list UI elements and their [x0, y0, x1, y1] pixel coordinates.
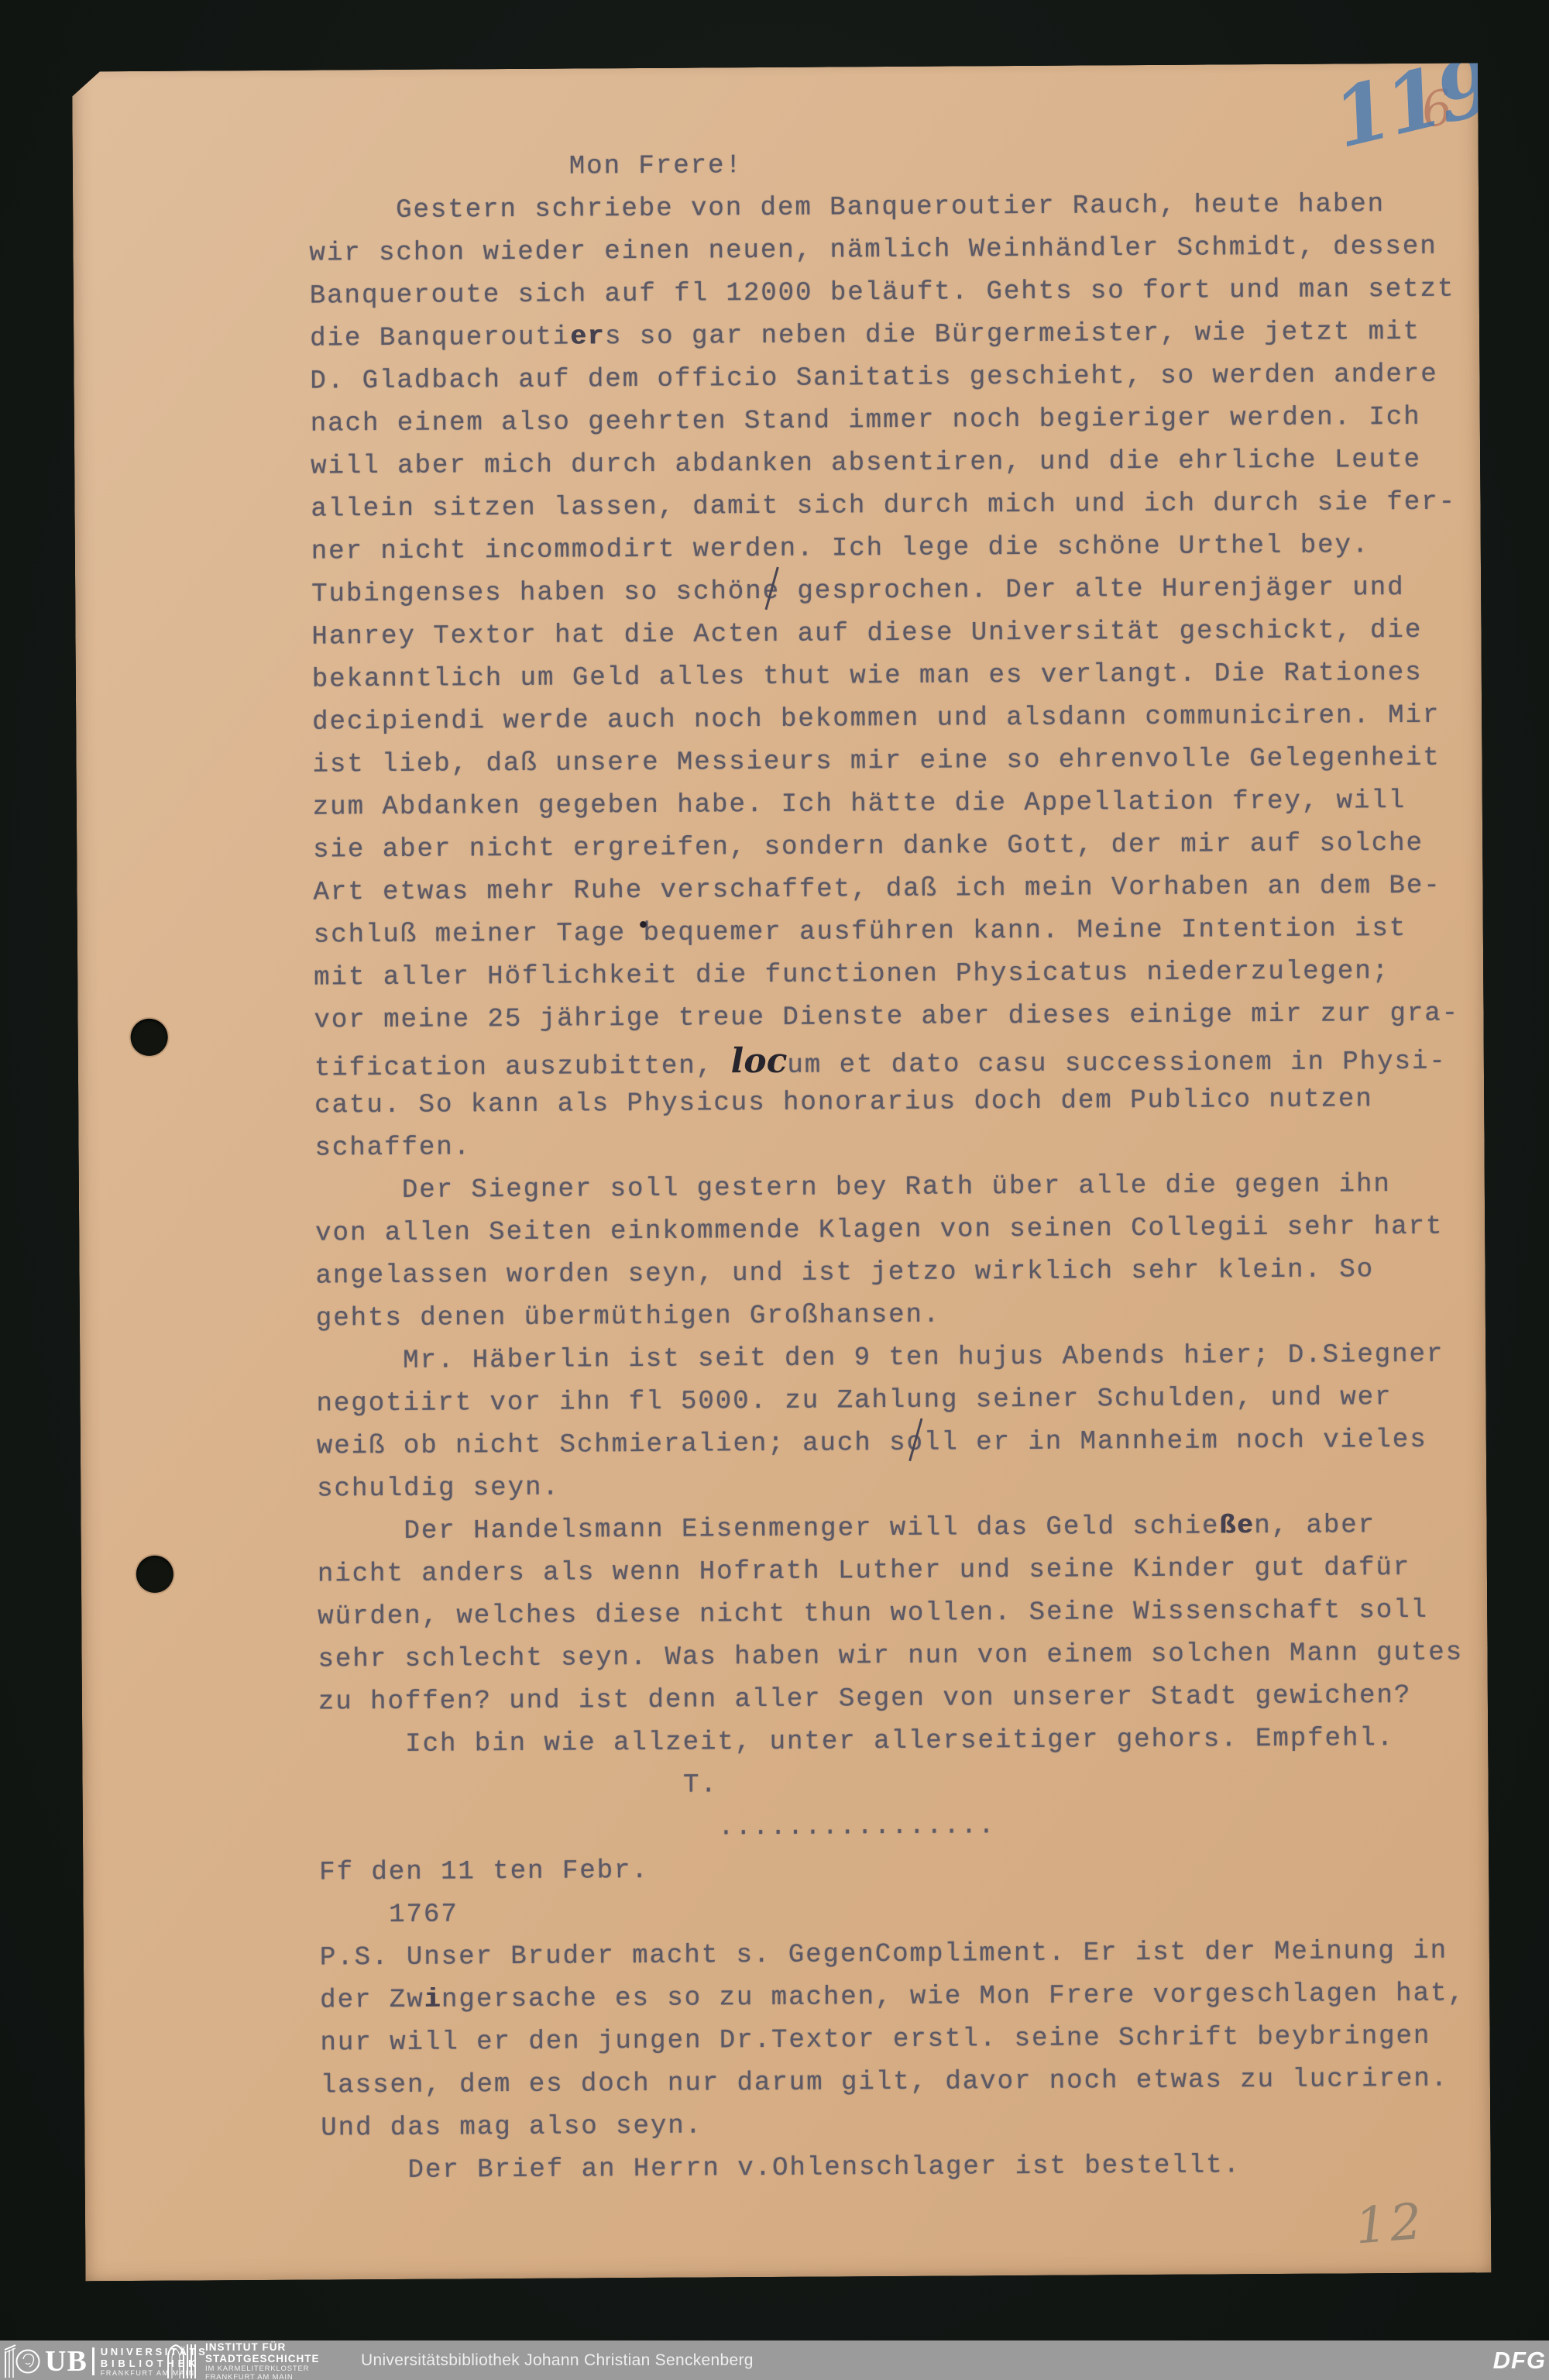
punch-hole-bottom — [136, 1556, 173, 1593]
letter-line: negotiirt vor ihn fl 5000. zu Zahlung se… — [316, 1377, 1461, 1426]
letter-line-segment: gehts denen übermüthigen Großhansen. — [316, 1301, 941, 1334]
letter-line-segment: Ich bin wie allzeit, unter allerseitiger… — [318, 1724, 1394, 1759]
letter-line-segment: von allen Seiten einkommende Klagen von … — [315, 1212, 1443, 1249]
letter-line-segment: Und das mag also seyn. — [321, 2112, 702, 2144]
letter-line: angelassen worden seyn, und ist jetzo wi… — [315, 1249, 1461, 1298]
letter-line: wir schon wieder einen neuen, nämlich We… — [309, 226, 1455, 276]
letter-line-segment: ner nicht incommodirt werden. Ich lege d… — [311, 531, 1370, 566]
letter-line-segment: Der Handelsmann Eisenmenger will das Gel… — [317, 1512, 1219, 1546]
footer-bar: UB UNIVERSITÄTS BIBLIOTHEK FRANKFURT AM … — [0, 2340, 1549, 2380]
letter-line-segment: ................ — [319, 1811, 996, 1845]
letter-line-segment: Banqueroute sich auf fl 12000 beläuft. G… — [310, 275, 1455, 311]
letter-line-segment: ist lieb, daß unsere Messieurs mir eine … — [312, 744, 1440, 780]
letter-line-segment: Der Brief an Herrn v.Ohlenschlager ist b… — [321, 2151, 1241, 2186]
dfg-logo: DFG — [1493, 2340, 1546, 2380]
letter-paper: 6 119 Mon Frere! Gestern schriebe von de… — [72, 63, 1491, 2281]
letter-line: Tubingenses haben so schöne gesprochen. … — [311, 567, 1457, 617]
letter-line-segment: weiß ob nicht Schmieralien; auch s — [317, 1429, 907, 1462]
ub-abbreviation: UB — [45, 2347, 88, 2376]
letter-line-segment: T. — [318, 1770, 718, 1802]
letter-line-segment: catu. So kann als Physicus honorarius do… — [314, 1085, 1373, 1120]
punch-hole-top — [131, 1019, 168, 1056]
letter-line: vor meine 25 jährige treue Dienste aber … — [314, 993, 1459, 1043]
letter-line-segment: e — [762, 571, 780, 614]
letter-line-segment: Mon Frere! — [309, 151, 743, 183]
letter-line-segment: lassen, dem es doch nur darum gilt, davo… — [321, 2065, 1448, 2101]
letter-line-segment: er — [570, 322, 605, 352]
letter-line: ist lieb, daß unsere Messieurs mir eine … — [312, 738, 1458, 787]
letter-line-segment: Mr. Häberlin ist seit den 9 ten hujus Ab… — [316, 1340, 1444, 1377]
letter-line: gehts denen übermüthigen Großhansen. — [316, 1291, 1461, 1341]
letter-line: Ff den 11 ten Febr. — [319, 1845, 1465, 1895]
letter-line-segment: will aber mich durch abdanken absentiren… — [311, 445, 1421, 482]
letter-line: lassen, dem es doch nur darum gilt, davo… — [321, 2058, 1466, 2108]
letter-line: nur will er den jungen Dr.Textor erstl. … — [320, 2016, 1465, 2065]
letter-line: mit aller Höflichkeit die functionen Phy… — [314, 951, 1459, 1000]
letter-line: die Banqueroutiers so gar neben die Bürg… — [310, 311, 1455, 361]
handwritten-page-number-bottom: 12 — [1353, 2193, 1427, 2256]
letter-line: schuldig seyn. — [317, 1462, 1462, 1512]
letter-body: Mon Frere! Gestern schriebe von dem Banq… — [309, 141, 1467, 2193]
letter-line: P.S. Unser Bruder macht s. GegenComplime… — [320, 1931, 1465, 1980]
letter-line-segment: P.S. Unser Bruder macht s. GegenComplime… — [320, 1937, 1448, 1973]
letter-line-segment: nur will er den jungen Dr.Textor erstl. … — [320, 2022, 1431, 2058]
letter-line: zu hoffen? und ist denn aller Segen von … — [318, 1675, 1464, 1725]
letter-line: Ich bin wie allzeit, unter allerseitiger… — [318, 1718, 1464, 1767]
institut-arch-icon — [165, 2341, 197, 2380]
letter-line-segment: tification auszubitten, — [314, 1051, 731, 1083]
letter-line-segment: nicht anders als wenn Hofrath Luther und… — [318, 1553, 1411, 1590]
letter-line: T. — [318, 1760, 1464, 1810]
institut-name-line4: FRANKFURT AM MAIN — [205, 2373, 320, 2380]
letter-line: 1767 — [319, 1888, 1465, 1938]
letter-line-segment: negotiirt vor ihn fl 5000. zu Zahlung se… — [316, 1383, 1392, 1419]
ub-library-icon — [3, 2342, 43, 2380]
institut-name-line3: IM KARMELITERKLOSTER — [205, 2365, 320, 2373]
letter-line: Hanrey Textor hat die Acten auf diese Un… — [311, 610, 1457, 659]
letter-line-segment: die Banquerouti — [310, 323, 570, 354]
letter-line-segment: Hanrey Textor hat die Acten auf diese Un… — [311, 616, 1422, 652]
letter-line: weiß ob nicht Schmieralien; auch soll er… — [317, 1419, 1462, 1469]
letter-line-segment: ße — [1219, 1512, 1254, 1541]
letter-line: von allen Seiten einkommende Klagen von … — [315, 1206, 1461, 1256]
letter-line: ................ — [319, 1803, 1465, 1852]
letter-line: Mr. Häberlin ist seit den 9 ten hujus Ab… — [316, 1334, 1461, 1384]
letter-line-segment: bequemer ausführen kann. Meine Intention… — [643, 914, 1406, 948]
letter-line-segment: ll er in Mannheim noch vieles — [924, 1426, 1427, 1458]
letter-line-segment: schuldig seyn. — [317, 1474, 560, 1505]
letter-line-segment: Tubingenses haben so schön — [311, 577, 763, 610]
ub-divider — [92, 2347, 94, 2375]
letter-line: bekanntlich um Geld alles thut wie man e… — [312, 652, 1458, 702]
letter-line-segment: i — [424, 1986, 442, 2015]
letter-line: schluß meiner Tage ●bequemer ausführen k… — [314, 908, 1459, 958]
letter-line: Art etwas mehr Ruhe verschaffet, daß ich… — [313, 865, 1458, 915]
letter-line-segment: allein sitzen lassen, damit sich durch m… — [311, 488, 1456, 524]
letter-line-segment: ngersache es so zu machen, wie Mon Frere… — [441, 1979, 1465, 2015]
letter-line-segment: Art etwas mehr Ruhe verschaffet, daß ich… — [313, 872, 1441, 908]
letter-line: decipiendi werde auch noch bekommen und … — [312, 695, 1458, 745]
footer-library-title: Universitätsbibliothek Johann Christian … — [361, 2340, 754, 2380]
letter-line: sehr schlecht seyn. Was haben wir nun vo… — [318, 1632, 1463, 1682]
letter-line: Banqueroute sich auf fl 12000 beläuft. G… — [310, 269, 1455, 318]
letter-line: schaffen. — [314, 1121, 1460, 1171]
letter-line: ner nicht incommodirt werden. Ich lege d… — [311, 524, 1457, 574]
letter-line-segment: wir schon wieder einen neuen, nämlich We… — [309, 232, 1437, 269]
letter-line: sie aber nicht ergreifen, sondern danke … — [313, 823, 1458, 872]
letter-line-segment: Der Siegner soll gestern bey Rath über a… — [315, 1170, 1391, 1205]
letter-line-segment: 1767 — [319, 1900, 458, 1930]
letter-line-segment: s so gar neben die Bürgermeister, wie je… — [605, 318, 1420, 352]
letter-line: D. Gladbach auf dem officio Sanitatis ge… — [310, 354, 1455, 404]
letter-line-segment: o — [906, 1422, 924, 1465]
institut-name-block: INSTITUT FÜR STADTGESCHICHTE IM KARMELIT… — [205, 2341, 320, 2380]
letter-line-segment: nach einem also geehrten Stand immer noc… — [311, 403, 1421, 439]
letter-line: will aber mich durch abdanken absentiren… — [311, 439, 1456, 489]
letter-line-segment: sie aber nicht ergreifen, sondern danke … — [313, 829, 1424, 865]
institut-logo-block: INSTITUT FÜR STADTGESCHICHTE IM KARMELIT… — [165, 2343, 320, 2380]
letter-line-segment: sehr schlecht seyn. Was haben wir nun vo… — [318, 1639, 1463, 1675]
letter-line: nach einem also geehrten Stand immer noc… — [311, 397, 1456, 446]
letter-line-segment: zu hoffen? und ist denn aller Segen von … — [318, 1681, 1412, 1718]
letter-line: der Zwingersache es so zu machen, wie Mo… — [320, 1973, 1465, 2023]
letter-line-segment: gesprochen. Der alte Hurenjäger und — [780, 573, 1405, 607]
letter-line-segment: schluß meiner Tage — [314, 919, 644, 951]
letter-line: tification auszubitten, locum et dato ca… — [314, 1036, 1460, 1085]
letter-line-segment: n, aber — [1254, 1511, 1376, 1541]
letter-line-segment: würden, welches diese nicht thun wollen.… — [318, 1596, 1428, 1632]
letter-line-segment: mit aller Höflichkeit die functionen Phy… — [314, 957, 1389, 992]
letter-line: catu. So kann als Physicus honorarius do… — [314, 1078, 1460, 1128]
letter-line-segment: um et dato casu successionem in Physi- — [787, 1047, 1447, 1081]
letter-line: Mon Frere! — [309, 141, 1455, 191]
institut-name-line2: STADTGESCHICHTE — [205, 2353, 320, 2365]
letter-line-segment: bekanntlich um Geld alles thut wie man e… — [312, 659, 1423, 695]
letter-line-segment: Ff den 11 ten Febr. — [319, 1856, 649, 1888]
letter-line-segment: vor meine 25 jährige treue Dienste aber … — [314, 999, 1459, 1036]
letter-line-segment: angelassen worden seyn, und ist jetzo wi… — [315, 1255, 1374, 1291]
letter-line-segment: loc — [730, 1041, 787, 1081]
letter-line: Der Brief an Herrn v.Ohlenschlager ist b… — [321, 2144, 1466, 2193]
letter-line-segment: D. Gladbach auf dem officio Sanitatis ge… — [310, 360, 1437, 397]
letter-line-segment: Gestern schriebe von dem Banqueroutier R… — [309, 190, 1385, 225]
letter-line: nicht anders als wenn Hofrath Luther und… — [318, 1547, 1463, 1597]
letter-line: Der Siegner soll gestern bey Rath über a… — [315, 1164, 1461, 1213]
letter-line-segment: decipiendi werde auch noch bekommen und … — [312, 701, 1440, 738]
letter-line: Und das mag also seyn. — [321, 2101, 1466, 2151]
letter-line: allein sitzen lassen, damit sich durch m… — [311, 482, 1456, 531]
letter-line: Der Handelsmann Eisenmenger will das Gel… — [317, 1505, 1462, 1554]
institut-name-line1: INSTITUT FÜR — [205, 2341, 320, 2353]
letter-line: Gestern schriebe von dem Banqueroutier R… — [309, 184, 1455, 233]
letter-line: zum Abdanken gegeben habe. Ich hätte die… — [313, 780, 1458, 830]
letter-line-segment: der Zw — [320, 1986, 424, 2016]
scanned-letter-page: { "scan": { "background_color": "#141815… — [0, 0, 1549, 2380]
letter-line: würden, welches diese nicht thun wollen.… — [318, 1590, 1463, 1639]
letter-line-segment: schaffen. — [314, 1133, 471, 1163]
letter-line-segment: zum Abdanken gegeben habe. Ich hätte die… — [313, 786, 1406, 823]
